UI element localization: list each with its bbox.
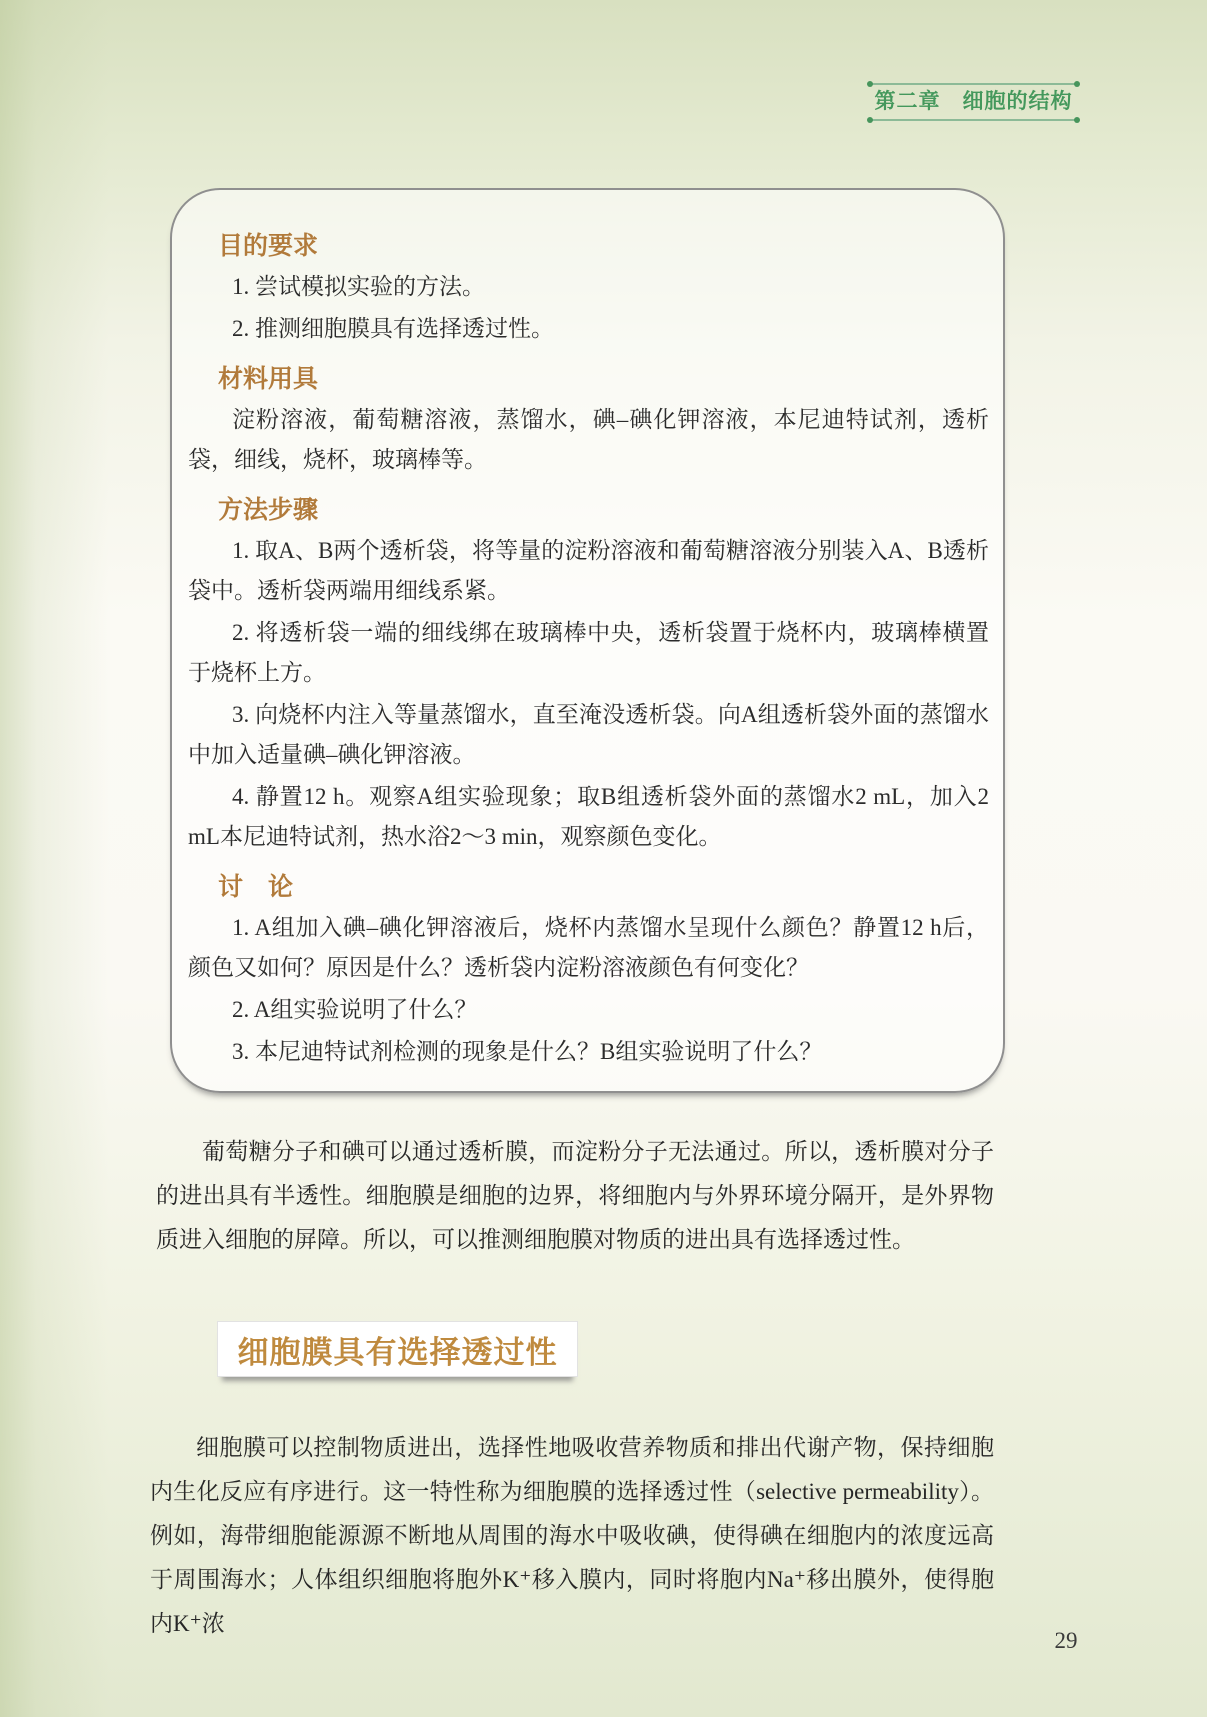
chapter-header: 第二章 细胞的结构	[869, 83, 1078, 121]
box-heading-purpose: 目的要求	[218, 232, 989, 260]
activity-box: 目的要求 1. 尝试模拟实验的方法。 2. 推测细胞膜具有选择透过性。 材料用具…	[170, 188, 1005, 1093]
box-heading-materials: 材料用具	[218, 365, 989, 393]
method-step: 1. 取A、B两个透析袋，将等量的淀粉溶液和葡萄糖溶液分别装入A、B透析袋中。透…	[188, 531, 989, 611]
header-rule-top	[869, 83, 1078, 85]
box-heading-method: 方法步骤	[218, 496, 989, 524]
rule-dot-icon	[1074, 117, 1080, 123]
chapter-title: 第二章 细胞的结构	[869, 85, 1078, 119]
rule-dot-icon	[1074, 81, 1080, 87]
discussion-item: 1. A组加入碘–碘化钾溶液后，烧杯内蒸馏水呈现什么颜色？静置12 h后，颜色又…	[188, 908, 989, 988]
section-title: 细胞膜具有选择透过性	[238, 1327, 558, 1372]
box-heading-discussion: 讨 论	[218, 873, 989, 901]
discussion-item: 3. 本尼迪特试剂检测的现象是什么？B组实验说明了什么？	[188, 1032, 989, 1072]
page-number: 29	[1044, 1628, 1088, 1654]
rule-dot-icon	[867, 81, 873, 87]
selective-permeability-paragraph: 细胞膜可以控制物质进出，选择性地吸收营养物质和排出代谢产物，保持细胞内生化反应有…	[150, 1426, 994, 1646]
materials-paragraph: 淀粉溶液，葡萄糖溶液，蒸馏水，碘–碘化钾溶液，本尼迪特试剂，透析袋，细线，烧杯，…	[188, 400, 989, 480]
header-rule-bottom	[869, 119, 1078, 121]
method-step: 2. 将透析袋一端的细线绑在玻璃棒中央，透析袋置于烧杯内，玻璃棒横置于烧杯上方。	[188, 613, 989, 693]
method-step: 3. 向烧杯内注入等量蒸馏水，直至淹没透析袋。向A组透析袋外面的蒸馏水中加入适量…	[188, 695, 989, 775]
section-title-banner: 细胞膜具有选择透过性	[217, 1321, 578, 1377]
rule-dot-icon	[867, 117, 873, 123]
discussion-item: 2. A组实验说明了什么？	[188, 990, 989, 1030]
purpose-item: 2. 推测细胞膜具有选择透过性。	[188, 309, 989, 349]
method-step: 4. 静置12 h。观察A组实验现象；取B组透析袋外面的蒸馏水2 mL，加入2 …	[188, 777, 989, 857]
purpose-item: 1. 尝试模拟实验的方法。	[188, 267, 989, 307]
transition-paragraph: 葡萄糖分子和碘可以通过透析膜，而淀粉分子无法通过。所以，透析膜对分子的进出具有半…	[156, 1130, 994, 1262]
